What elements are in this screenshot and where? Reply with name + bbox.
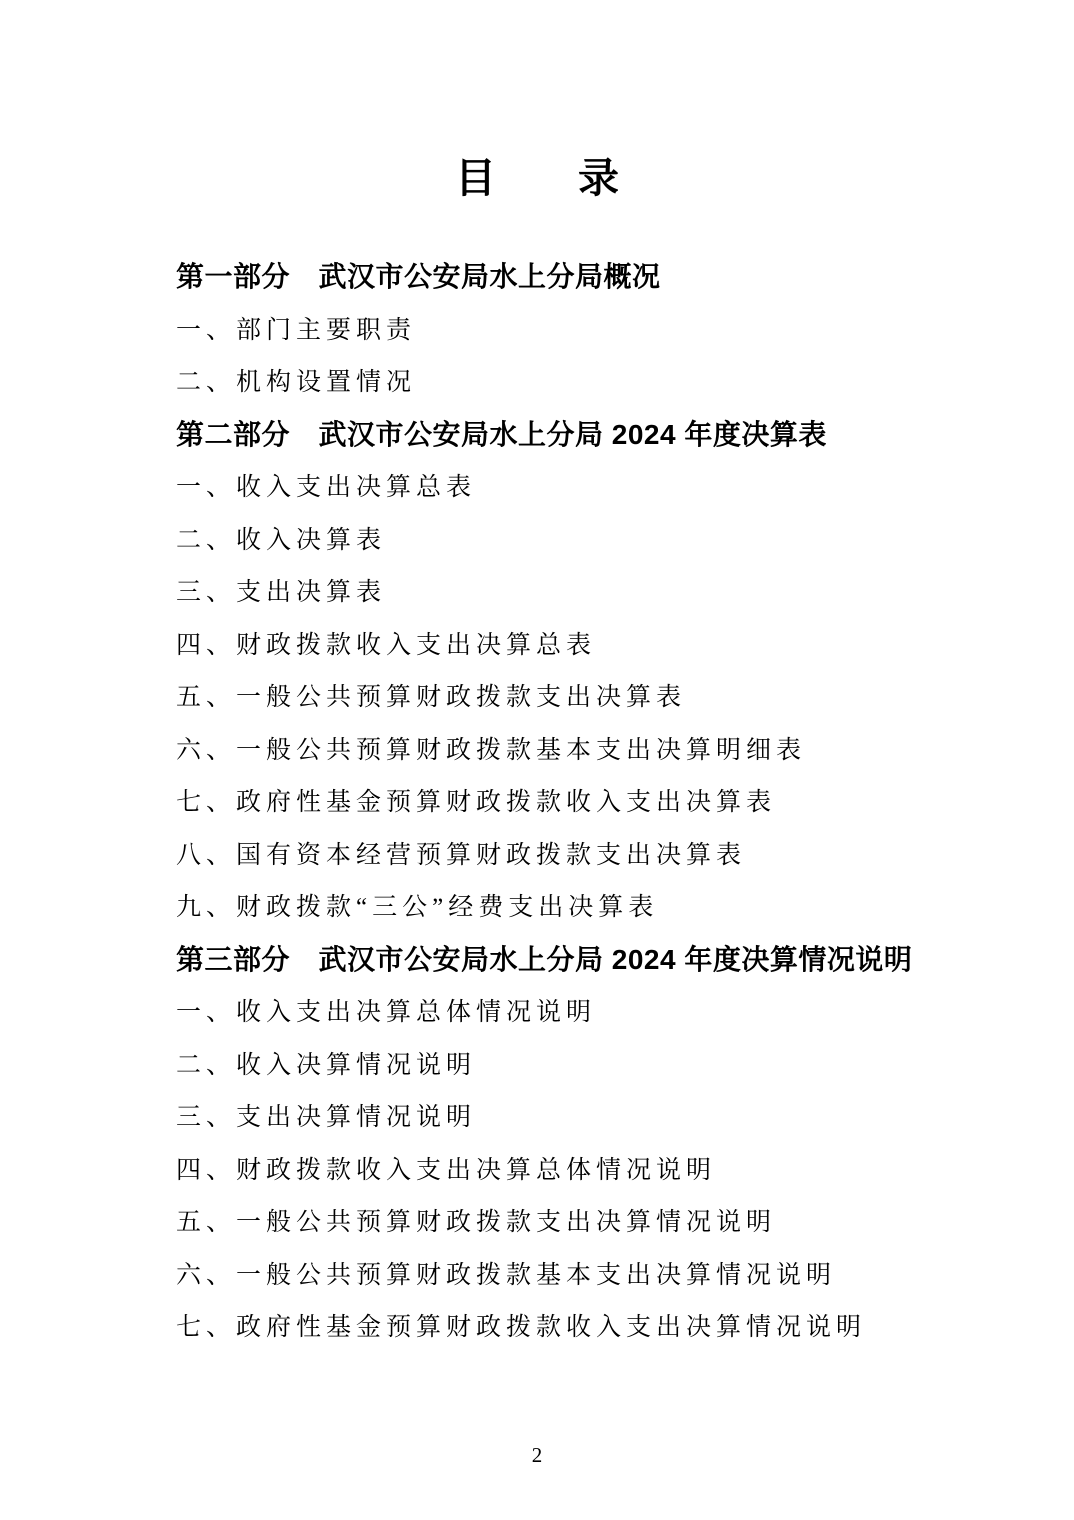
toc-item: 三、支出决算表 [176,564,1014,617]
page-number: 2 [0,1441,1074,1469]
toc-item: 六、一般公共预算财政拨款基本支出决算明细表 [176,722,1014,775]
toc-section-1-heading: 第一部分 武汉市公安局水上分局概况 [176,249,1014,302]
toc-item: 七、政府性基金预算财政拨款收入支出决算情况说明 [176,1299,1014,1352]
toc-item: 九、财政拨款“三公”经费支出决算表 [176,879,1014,932]
toc-item: 一、收入支出决算总体情况说明 [176,984,1014,1037]
toc-item: 五、一般公共预算财政拨款支出决算表 [176,669,1014,722]
document-page: 目 录 第一部分 武汉市公安局水上分局概况 一、部门主要职责 二、机构设置情况 … [0,0,1074,1520]
toc-section-3-heading: 第三部分 武汉市公安局水上分局 2024 年度决算情况说明 [176,932,1014,985]
toc-item: 七、政府性基金预算财政拨款收入支出决算表 [176,774,1014,827]
toc-item: 八、国有资本经营预算财政拨款支出决算表 [176,827,1014,880]
toc-item: 一、部门主要职责 [176,302,1014,355]
toc-item: 四、财政拨款收入支出决算总表 [176,617,1014,670]
table-of-contents: 第一部分 武汉市公安局水上分局概况 一、部门主要职责 二、机构设置情况 第二部分… [176,249,1014,1352]
toc-item: 五、一般公共预算财政拨款支出决算情况说明 [176,1194,1014,1247]
toc-item: 六、一般公共预算财政拨款基本支出决算情况说明 [176,1247,1014,1300]
toc-section-2-heading: 第二部分 武汉市公安局水上分局 2024 年度决算表 [176,407,1014,460]
toc-item: 三、支出决算情况说明 [176,1089,1014,1142]
toc-item: 二、收入决算表 [176,512,1014,565]
toc-item: 四、财政拨款收入支出决算总体情况说明 [176,1142,1014,1195]
toc-item: 二、收入决算情况说明 [176,1037,1014,1090]
toc-item: 一、收入支出决算总表 [176,459,1014,512]
toc-item: 二、机构设置情况 [176,354,1014,407]
page-title: 目 录 [0,152,1074,204]
